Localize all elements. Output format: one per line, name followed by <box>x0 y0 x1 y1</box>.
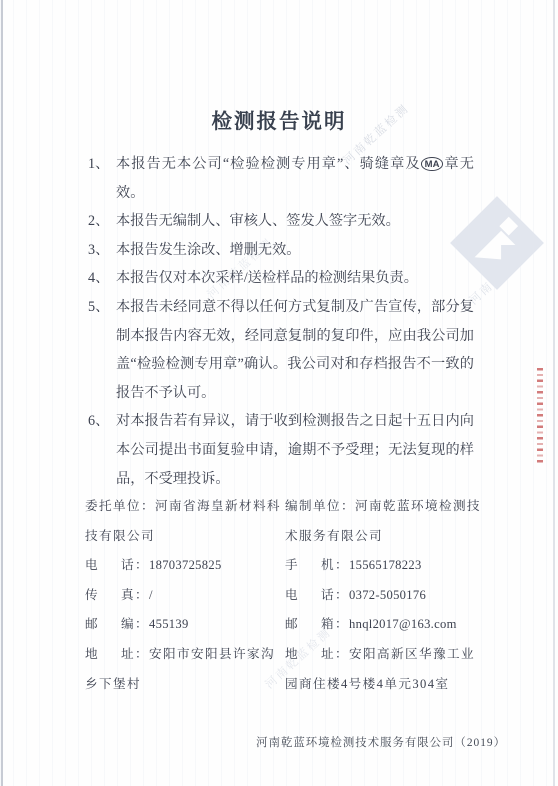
issuer-column: 编制单位：河南乾蓝环境检测技术服务有限公司 手机：15565178223 电话：… <box>285 492 485 699</box>
item-text: 本报告发生涂改、增删无效。 <box>116 236 474 265</box>
colon: ： <box>335 558 349 572</box>
zip-entry: 邮编：455139 <box>85 610 285 640</box>
footer-company-line: 河南乾蓝环境检测技术服务有限公司（2019） <box>256 734 506 750</box>
colon: ： <box>341 499 355 513</box>
cma-mark-icon: MA <box>421 157 444 171</box>
phone-entry: 电话：0372-5050176 <box>285 581 485 611</box>
list-item: 1、 本报告无本公司“检验检测专用章”、骑缝章及MA章无效。 <box>88 150 474 207</box>
colon: ： <box>335 617 349 631</box>
phone-label: 电话 <box>85 551 135 581</box>
item-number: 3、 <box>88 236 116 265</box>
phone-value: 18703725825 <box>149 558 222 572</box>
item-number: 5、 <box>88 293 116 407</box>
colon: ： <box>135 617 149 631</box>
report-notes-page: 河南乾蓝检测 河南乾蓝检测 河南乾蓝检测 河南乾蓝检测 检测报告说明 1、 本报… <box>0 0 558 786</box>
zip-label: 邮编 <box>85 610 135 640</box>
address-entry: 地址：安阳市安阳县许家沟乡下堡村 <box>85 640 285 699</box>
colon: ： <box>335 588 349 602</box>
address-label: 地址 <box>85 640 135 670</box>
item-text: 本报告无本公司“检验检测专用章”、骑缝章及MA章无效。 <box>116 150 474 207</box>
item-text-pre: 本报告无本公司“检验检测专用章”、骑缝章及 <box>116 156 421 172</box>
list-item: 2、 本报告无编制人、审核人、签发人签字无效。 <box>88 207 474 236</box>
fax-value: / <box>149 588 153 602</box>
issuer-label: 编制单位 <box>285 492 341 522</box>
item-text: 对本报告若有异议，请于收到检测报告之日起十五日内向本公司提出书面复验申请，逾期不… <box>116 407 474 493</box>
email-entry: 邮箱：hnql2017@163.com <box>285 610 485 640</box>
phone-label: 电话 <box>285 581 335 611</box>
colon: ： <box>135 647 149 661</box>
list-item: 4、 本报告仅对本次采样/送检样品的检测结果负责。 <box>88 264 474 293</box>
mobile-entry: 手机：15565178223 <box>285 551 485 581</box>
paging-seal-fragment-icon <box>537 368 543 464</box>
phone-entry: 电话：18703725825 <box>85 551 285 581</box>
list-item: 6、 对本报告若有异议，请于收到检测报告之日起十五日内向本公司提出书面复验申请，… <box>88 407 474 493</box>
list-item: 3、 本报告发生涂改、增删无效。 <box>88 236 474 265</box>
issuer-entry: 编制单位：河南乾蓝环境检测技术服务有限公司 <box>285 492 485 551</box>
client-label: 委托单位 <box>85 492 141 522</box>
mobile-label: 手机 <box>285 551 335 581</box>
fax-entry: 传真：/ <box>85 581 285 611</box>
list-item: 5、 本报告未经同意不得以任何方式复制及广告宣传，部分复制本报告内容无效，经同意… <box>88 293 474 407</box>
zip-value: 455139 <box>149 617 189 631</box>
colon: ： <box>135 588 149 602</box>
email-value: hnql2017@163.com <box>349 617 457 631</box>
colon: ： <box>141 499 155 513</box>
client-column: 委托单位：河南省海皇新材料科技有限公司 电话：18703725825 传真：/ … <box>85 492 285 699</box>
fax-label: 传真 <box>85 581 135 611</box>
item-number: 4、 <box>88 264 116 293</box>
phone-value: 0372-5050176 <box>349 588 426 602</box>
item-number: 6、 <box>88 407 116 493</box>
notes-list: 1、 本报告无本公司“检验检测专用章”、骑缝章及MA章无效。 2、 本报告无编制… <box>88 150 474 493</box>
item-text: 本报告仅对本次采样/送检样品的检测结果负责。 <box>116 264 474 293</box>
item-number: 1、 <box>88 150 116 207</box>
email-label: 邮箱 <box>285 610 335 640</box>
client-entry: 委托单位：河南省海皇新材料科技有限公司 <box>85 492 285 551</box>
contact-section: 委托单位：河南省海皇新材料科技有限公司 电话：18703725825 传真：/ … <box>85 492 485 699</box>
item-text: 本报告未经同意不得以任何方式复制及广告宣传，部分复制本报告内容无效，经同意复制的… <box>116 293 474 407</box>
colon: ： <box>135 558 149 572</box>
colon: ： <box>335 647 349 661</box>
page-title: 检测报告说明 <box>0 104 558 134</box>
address-label: 地址 <box>285 640 335 670</box>
item-number: 2、 <box>88 207 116 236</box>
mobile-value: 15565178223 <box>349 558 422 572</box>
item-text: 本报告无编制人、审核人、签发人签字无效。 <box>116 207 474 236</box>
address-entry: 地址：安阳高新区华豫工业园商住楼4号楼4单元304室 <box>285 640 485 699</box>
